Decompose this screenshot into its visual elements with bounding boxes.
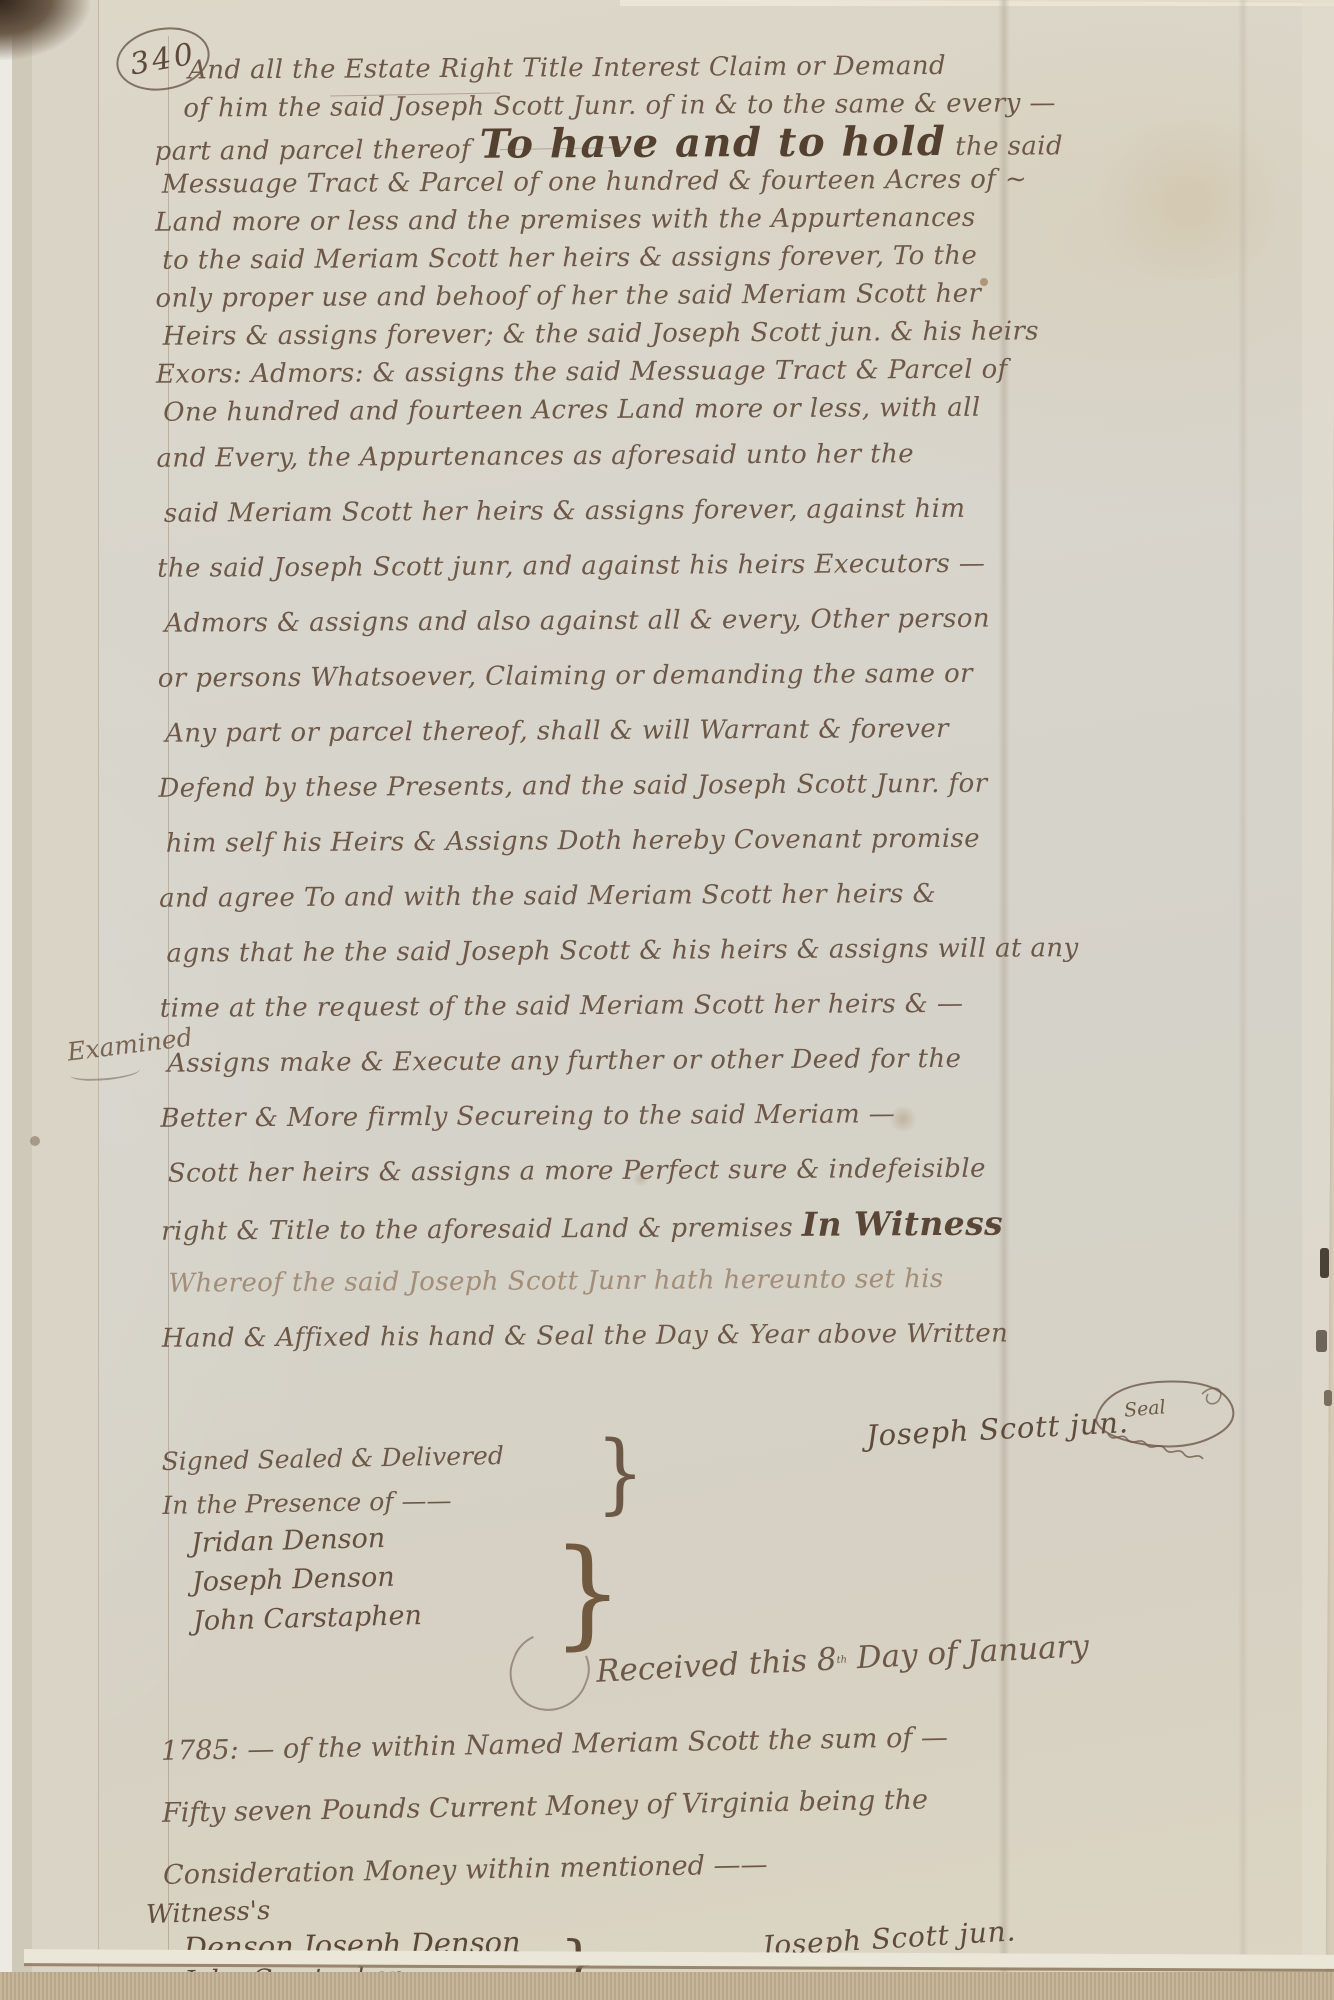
page-corner-shadow bbox=[0, 0, 90, 60]
receipt-body-text: 1785: — of the within Named Meriam Scott… bbox=[160, 1706, 1063, 1908]
witness-signature: Jridan Denson bbox=[191, 1519, 421, 1564]
deed-text-line: and agree To and with the said Meriam Sc… bbox=[159, 867, 1059, 927]
deed-text-line: time at the request of the said Meriam S… bbox=[160, 977, 1060, 1037]
deed-text-line: One hundred and fourteen Acres Land more… bbox=[163, 389, 1063, 432]
attestation-line: Signed Sealed & Delivered bbox=[161, 1435, 504, 1485]
brace-icon: } bbox=[596, 1421, 644, 1523]
edge-mark bbox=[1324, 1390, 1332, 1406]
deed-text-line: Better & More firmly Secureing to the sa… bbox=[160, 1087, 1060, 1147]
edge-mark bbox=[1316, 1330, 1327, 1352]
deed-text-line: Hand & Affixed his hand & Seal the Day &… bbox=[162, 1307, 1062, 1367]
edge-mark bbox=[1320, 1248, 1329, 1278]
fabric-backing bbox=[0, 1972, 1334, 2000]
receipt-witness-label: Witness's bbox=[146, 1896, 271, 1930]
deed-text-line: Assigns make & Execute any further or ot… bbox=[167, 1032, 1067, 1092]
deed-text-line: Heirs & assigns forever; & the said Jose… bbox=[163, 313, 1063, 356]
deed-text-line: him self his Heirs & Assigns Doth hereby… bbox=[166, 812, 1066, 872]
paper-crease bbox=[1238, 0, 1248, 1975]
deed-text-line: to the said Meriam Scott her heirs & ass… bbox=[162, 237, 1062, 280]
seal-label: Seal bbox=[1123, 1396, 1166, 1422]
deed-text-line: and Every, the Appurtenances as aforesai… bbox=[156, 427, 1056, 487]
binding-edge-strip bbox=[0, 0, 12, 1980]
deed-text-line: And all the Estate Right Title Interest … bbox=[154, 47, 1054, 90]
deed-text-line: or persons Whatsoever, Claiming or deman… bbox=[158, 647, 1058, 707]
scanned-deed-page: 340 And all the Estate Right Title Inter… bbox=[0, 0, 1334, 2000]
deed-text-line: agns that he the said Joseph Scott & his… bbox=[166, 922, 1066, 982]
page-top-edge bbox=[620, 0, 1334, 6]
binding-edge-strip bbox=[32, 0, 99, 1980]
deed-text-line: said Meriam Scott her heirs & assigns fo… bbox=[164, 482, 1064, 542]
witness-signature: Joseph Denson bbox=[192, 1558, 422, 1603]
deed-text-line: Admors & assigns and also against all & … bbox=[164, 592, 1064, 652]
deed-text-line: Whereof the said Joseph Scott Junr hath … bbox=[168, 1252, 1068, 1312]
page-right-edge bbox=[1302, 0, 1334, 1975]
witness-signatures: Jridan DensonJoseph DensonJohn Carstaphe… bbox=[191, 1519, 423, 1642]
deed-text-line: only proper use and behoof of her the sa… bbox=[155, 275, 1055, 318]
witness-signature: John Carstaphen bbox=[193, 1597, 423, 1642]
deed-text-line: part and parcel thereof To have and to h… bbox=[154, 123, 1054, 166]
deed-text-line: Exors: Admors: & assigns the said Messua… bbox=[156, 351, 1056, 394]
deed-text-line: Messuage Tract & Parcel of one hundred &… bbox=[162, 161, 1062, 204]
seal-flourish-icon bbox=[1082, 1372, 1242, 1467]
deed-text-line: Scott her heirs & assigns a more Perfect… bbox=[168, 1142, 1068, 1202]
attestation-clause: Signed Sealed & DeliveredIn the Presence… bbox=[161, 1435, 505, 1529]
binding-edge-strip bbox=[12, 0, 32, 1980]
deed-text-line: Defend by these Presents, and the said J… bbox=[158, 757, 1058, 817]
deed-body-text: And all the Estate Right Title Interest … bbox=[154, 47, 1062, 1367]
deed-text-line: of him the said Joseph Scott Junr. of in… bbox=[161, 85, 1061, 128]
deed-text-line: Any part or parcel thereof, shall & will… bbox=[165, 702, 1065, 762]
deed-text-line: Land more or less and the premises with … bbox=[155, 199, 1055, 242]
deed-text-line: right & Title to the aforesaid Land & pr… bbox=[161, 1197, 1061, 1257]
deed-text-line: the said Joseph Scott junr, and against … bbox=[157, 537, 1057, 597]
